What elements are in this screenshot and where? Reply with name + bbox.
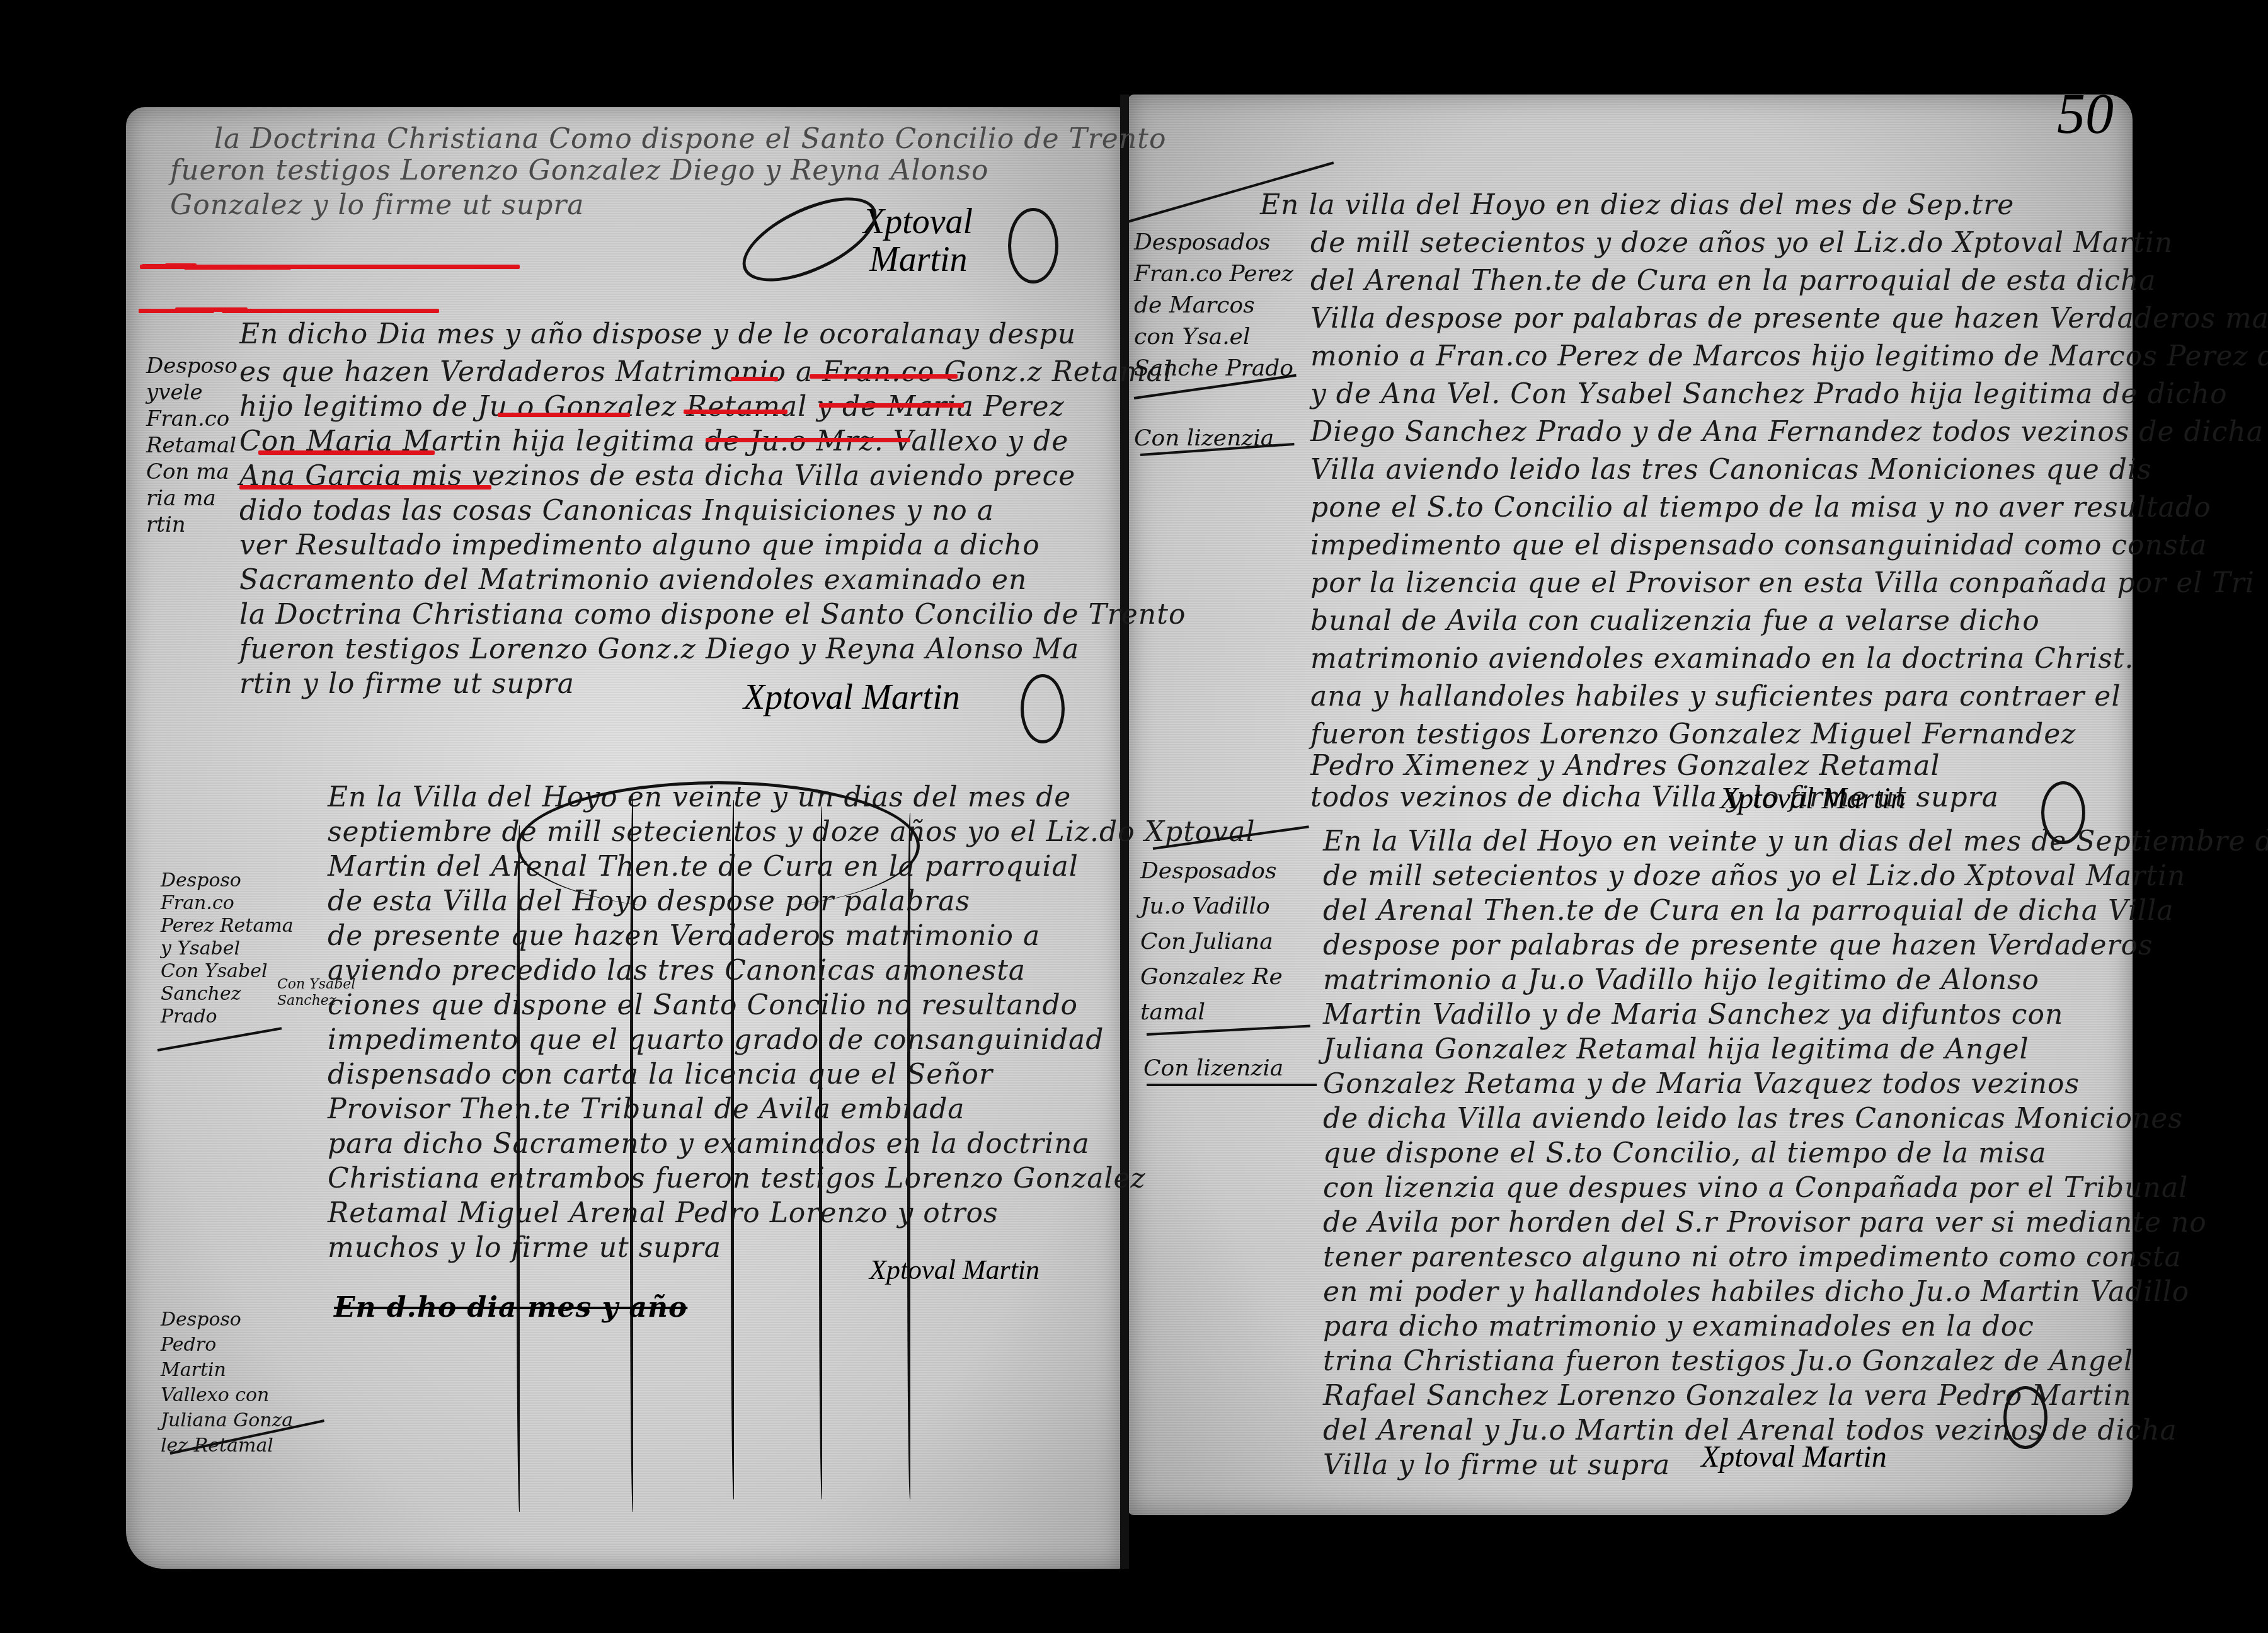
cancellation-stroke <box>819 806 826 1499</box>
text-line: matrimonio a Ju.o Vadillo hijo legitimo … <box>1323 964 2039 996</box>
text-line: Sacramento del Matrimonio aviendoles exa… <box>239 564 1027 596</box>
text-line: Juliana Gonzalez Retamal hija legitima d… <box>1323 1033 2029 1065</box>
signature-first-name: Xptoval <box>863 202 973 242</box>
text-line: ana y hallandoles habiles y suficientes … <box>1310 680 2121 713</box>
red-underline <box>222 309 439 313</box>
text-line: de mill setecientos y doze años yo el Li… <box>1323 860 2185 892</box>
signature: Xptoval Martin <box>1701 1440 1887 1474</box>
text-line: ver Resultado impedimento alguno que imp… <box>239 529 1040 561</box>
margin-note: Desposo Pedro Martin Vallexo con Juliana… <box>161 1307 293 1458</box>
signature: Xptoval Martin <box>1720 781 1906 816</box>
red-underline <box>706 438 910 442</box>
text-line: de presente que hazen Verdaderos matrimo… <box>328 920 1040 952</box>
text-line: la Doctrina Christiana como dispone el S… <box>239 599 1186 631</box>
red-underline <box>498 413 630 417</box>
margin-note: Desposados Ju.o Vadillo Con Juliana Gonz… <box>1140 854 1283 1030</box>
text-line: de Avila por horden del S.r Provisor par… <box>1323 1206 2207 1239</box>
cancellation-stroke <box>907 813 914 1499</box>
margin-note: Desposados Fran.co Perez de Marcos con Y… <box>1134 227 1293 384</box>
text-line: fueron testigos Lorenzo Gonzalez Diego y… <box>170 154 988 186</box>
folio-number: 50 <box>2057 82 2114 147</box>
left-page-content: la Doctrina Christiana Como dispone el S… <box>0 0 2268 84</box>
signature: Xptoval Martin <box>869 1254 1039 1286</box>
text-line: del Arenal Then.te de Cura en la parroqu… <box>1310 265 2156 297</box>
cancellation-stroke <box>517 825 524 1512</box>
text-line: que dispone el S.to Concilio, al tiempo … <box>1323 1137 2047 1169</box>
margin-note: Con lizenzia <box>1143 1049 1283 1088</box>
signature: Xptoval Martin <box>743 677 960 718</box>
text-line: Villa y lo firme ut supra <box>1323 1449 1670 1481</box>
red-underline <box>142 265 220 269</box>
text-line: trina Christiana fueron testigos Ju.o Go… <box>1323 1345 2133 1377</box>
red-underline <box>819 403 964 408</box>
text-line: En la Villa del Hoyo en veinte y un dias… <box>1323 825 2268 857</box>
text-line: con lizenzia que despues vino a Conpañad… <box>1323 1172 2188 1204</box>
text-line: Gonzalez y lo firme ut supra <box>170 189 585 221</box>
signature-last-name: Martin <box>869 239 968 280</box>
text-line: en mi poder y hallandoles habiles dicho … <box>1323 1276 2189 1308</box>
rubric-icon <box>2003 1386 2047 1449</box>
text-line: Provisor Then.te Tribunal de Avila embia… <box>328 1093 965 1125</box>
text-line: En la villa del Hoyo en diez dias del me… <box>1260 189 2014 221</box>
text-line: despose por palabras de presente que haz… <box>1323 929 2153 961</box>
text-line: para dicho Sacramento y examinados en la… <box>328 1128 1090 1160</box>
separator-rule <box>1147 1084 1317 1086</box>
text-line: Gonzalez Retama y de Maria Vazquez todos… <box>1323 1068 2080 1100</box>
text-line: ciones que dispone el Santo Concilio no … <box>328 989 1078 1021</box>
text-line: muchos y lo firme ut supra <box>328 1232 721 1264</box>
text-line: Villa aviendo leido las tres Canonicas M… <box>1310 454 2152 486</box>
entry-heading: Fran.co Gonzalez Retamal con <box>0 0 2268 42</box>
text-line: dido todas las cosas Canonicas Inquisici… <box>239 495 994 527</box>
red-underline <box>239 265 520 269</box>
text-line: En dicho Dia mes y año dispose y de le o… <box>239 318 1076 350</box>
text-line: monio a Fran.co Perez de Marcos hijo leg… <box>1310 340 2268 372</box>
red-underline <box>731 377 778 381</box>
text-line: rtin y lo firme ut supra <box>239 668 575 700</box>
text-line: tener parentesco alguno ni otro impedime… <box>1323 1241 2182 1273</box>
text-line: bunal de Avila con cualizenzia fue a vel… <box>1310 605 2040 637</box>
text-line: Pedro Ximenez y Andres Gonzalez Retamal <box>1310 750 1940 782</box>
red-underline <box>258 450 435 455</box>
text-line: impedimento que el dispensado consanguin… <box>1310 529 2207 561</box>
text-line: y de Ana Vel. Con Ysabel Sanchez Prado h… <box>1310 378 2227 410</box>
text-line: es que hazen Verdaderos Matrimonio a Fra… <box>239 356 1173 388</box>
crossed-text: En d.ho dia mes y año <box>334 1292 687 1324</box>
text-line: Villa despose por palabras de presente q… <box>1310 302 2268 335</box>
text-line: dispensado con carta la licencia que el … <box>328 1058 993 1091</box>
red-underline <box>139 309 214 313</box>
text-line: pone el S.to Concilio al tiempo de la mi… <box>1310 491 2211 524</box>
text-line: Retamal Miguel Arenal Pedro Lorenzo y ot… <box>328 1197 999 1229</box>
text-line: para dicho matrimonio y examinadoles en … <box>1323 1310 2034 1343</box>
text-line: aviendo precedido las tres Canonicas amo… <box>328 954 1026 987</box>
entry-heading: Maria Martin Vallexo <box>0 42 2268 84</box>
text-line: impedimento que el quarto grado de consa… <box>328 1024 1104 1056</box>
text-line: la Doctrina Christiana Como dispone el S… <box>214 123 1166 155</box>
text-line: fueron testigos Lorenzo Gonz.z Diego y R… <box>239 633 1079 665</box>
red-underline <box>684 410 787 414</box>
text-line: del Arenal Then.te de Cura en la parroqu… <box>1323 895 2174 927</box>
cancellation-loop <box>517 781 920 910</box>
rubric-icon <box>1008 208 1058 284</box>
rubric-icon <box>1021 674 1065 743</box>
margin-note: Desposo Fran.co Perez Retama y Ysabel Co… <box>161 869 294 1028</box>
text-line: Diego Sanchez Prado y de Ana Fernandez t… <box>1310 416 2264 448</box>
red-underline <box>810 374 958 379</box>
red-underline <box>239 485 491 490</box>
text-line: matrimonio aviendoles examinado en la do… <box>1310 643 2134 675</box>
text-line: Martin Vadillo y de Maria Sanchez ya dif… <box>1323 999 2063 1031</box>
text-line: fueron testigos Lorenzo Gonzalez Miguel … <box>1310 718 2076 750</box>
margin-note: Desposo yvele Fran.co Retamal Con ma ria… <box>146 353 238 538</box>
text-line: de dicha Villa aviendo leido las tres Ca… <box>1323 1103 2183 1135</box>
text-line: por la lizencia que el Provisor en esta … <box>1310 567 2255 599</box>
text-line: de mill setecientos y doze años yo el Li… <box>1310 227 2173 259</box>
